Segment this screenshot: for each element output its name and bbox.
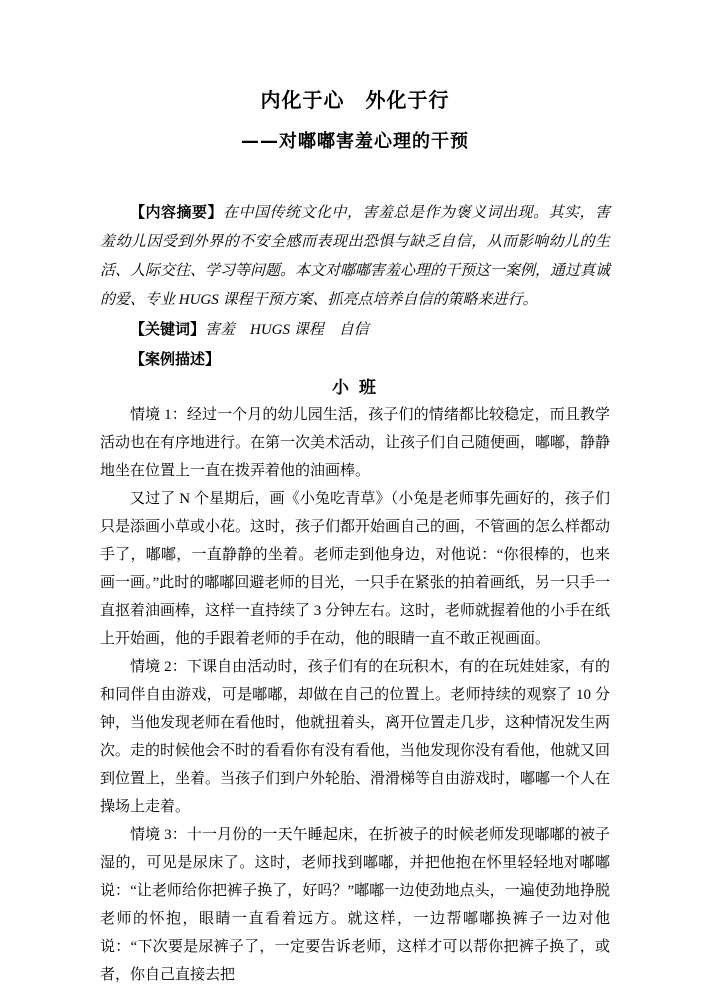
paragraph-weeks-later: 又过了 N 个星期后，画《小兔吃青草》（小兔是老师事先画好的，孩子们只是添画小草… <box>100 485 610 653</box>
abstract-label: 【内容摘要】 <box>130 203 223 221</box>
keywords-text: 害羞 HUGS 课程 自信 <box>205 322 369 338</box>
case-description-label: 【案例描述】 <box>130 350 220 368</box>
case-description-paragraph: 【案例描述】 <box>100 345 610 375</box>
keywords-label: 【关键词】 <box>130 320 205 338</box>
paragraph-scene-2: 情境 2：下课自由活动时，孩子们有的在玩积木，有的在玩娃娃家，有的和同伴自由游戏… <box>100 653 610 821</box>
document-subtitle: ——对嘟嘟害羞心理的干预 <box>100 130 610 154</box>
keywords-paragraph: 【关键词】害羞 HUGS 课程 自信 <box>100 315 610 345</box>
document-title: 内化于心 外化于行 <box>100 88 610 112</box>
section-heading-junior-class: 小 班 <box>100 375 610 401</box>
paragraph-scene-3: 情境 3：十一月份的一天午睡起床，在折被子的时候老师发现嘟嘟的被子湿的，可见是尿… <box>100 821 610 989</box>
abstract-paragraph: 【内容摘要】在中国传统文化中，害羞总是作为褒义词出现。其实，害羞幼儿因受到外界的… <box>100 198 610 315</box>
document-page: 内化于心 外化于行 ——对嘟嘟害羞心理的干预 【内容摘要】在中国传统文化中，害羞… <box>0 0 707 999</box>
paragraph-scene-1: 情境 1：经过一个月的幼儿园生活，孩子们的情绪都比较稳定，而且教学活动也在有序地… <box>100 401 610 485</box>
